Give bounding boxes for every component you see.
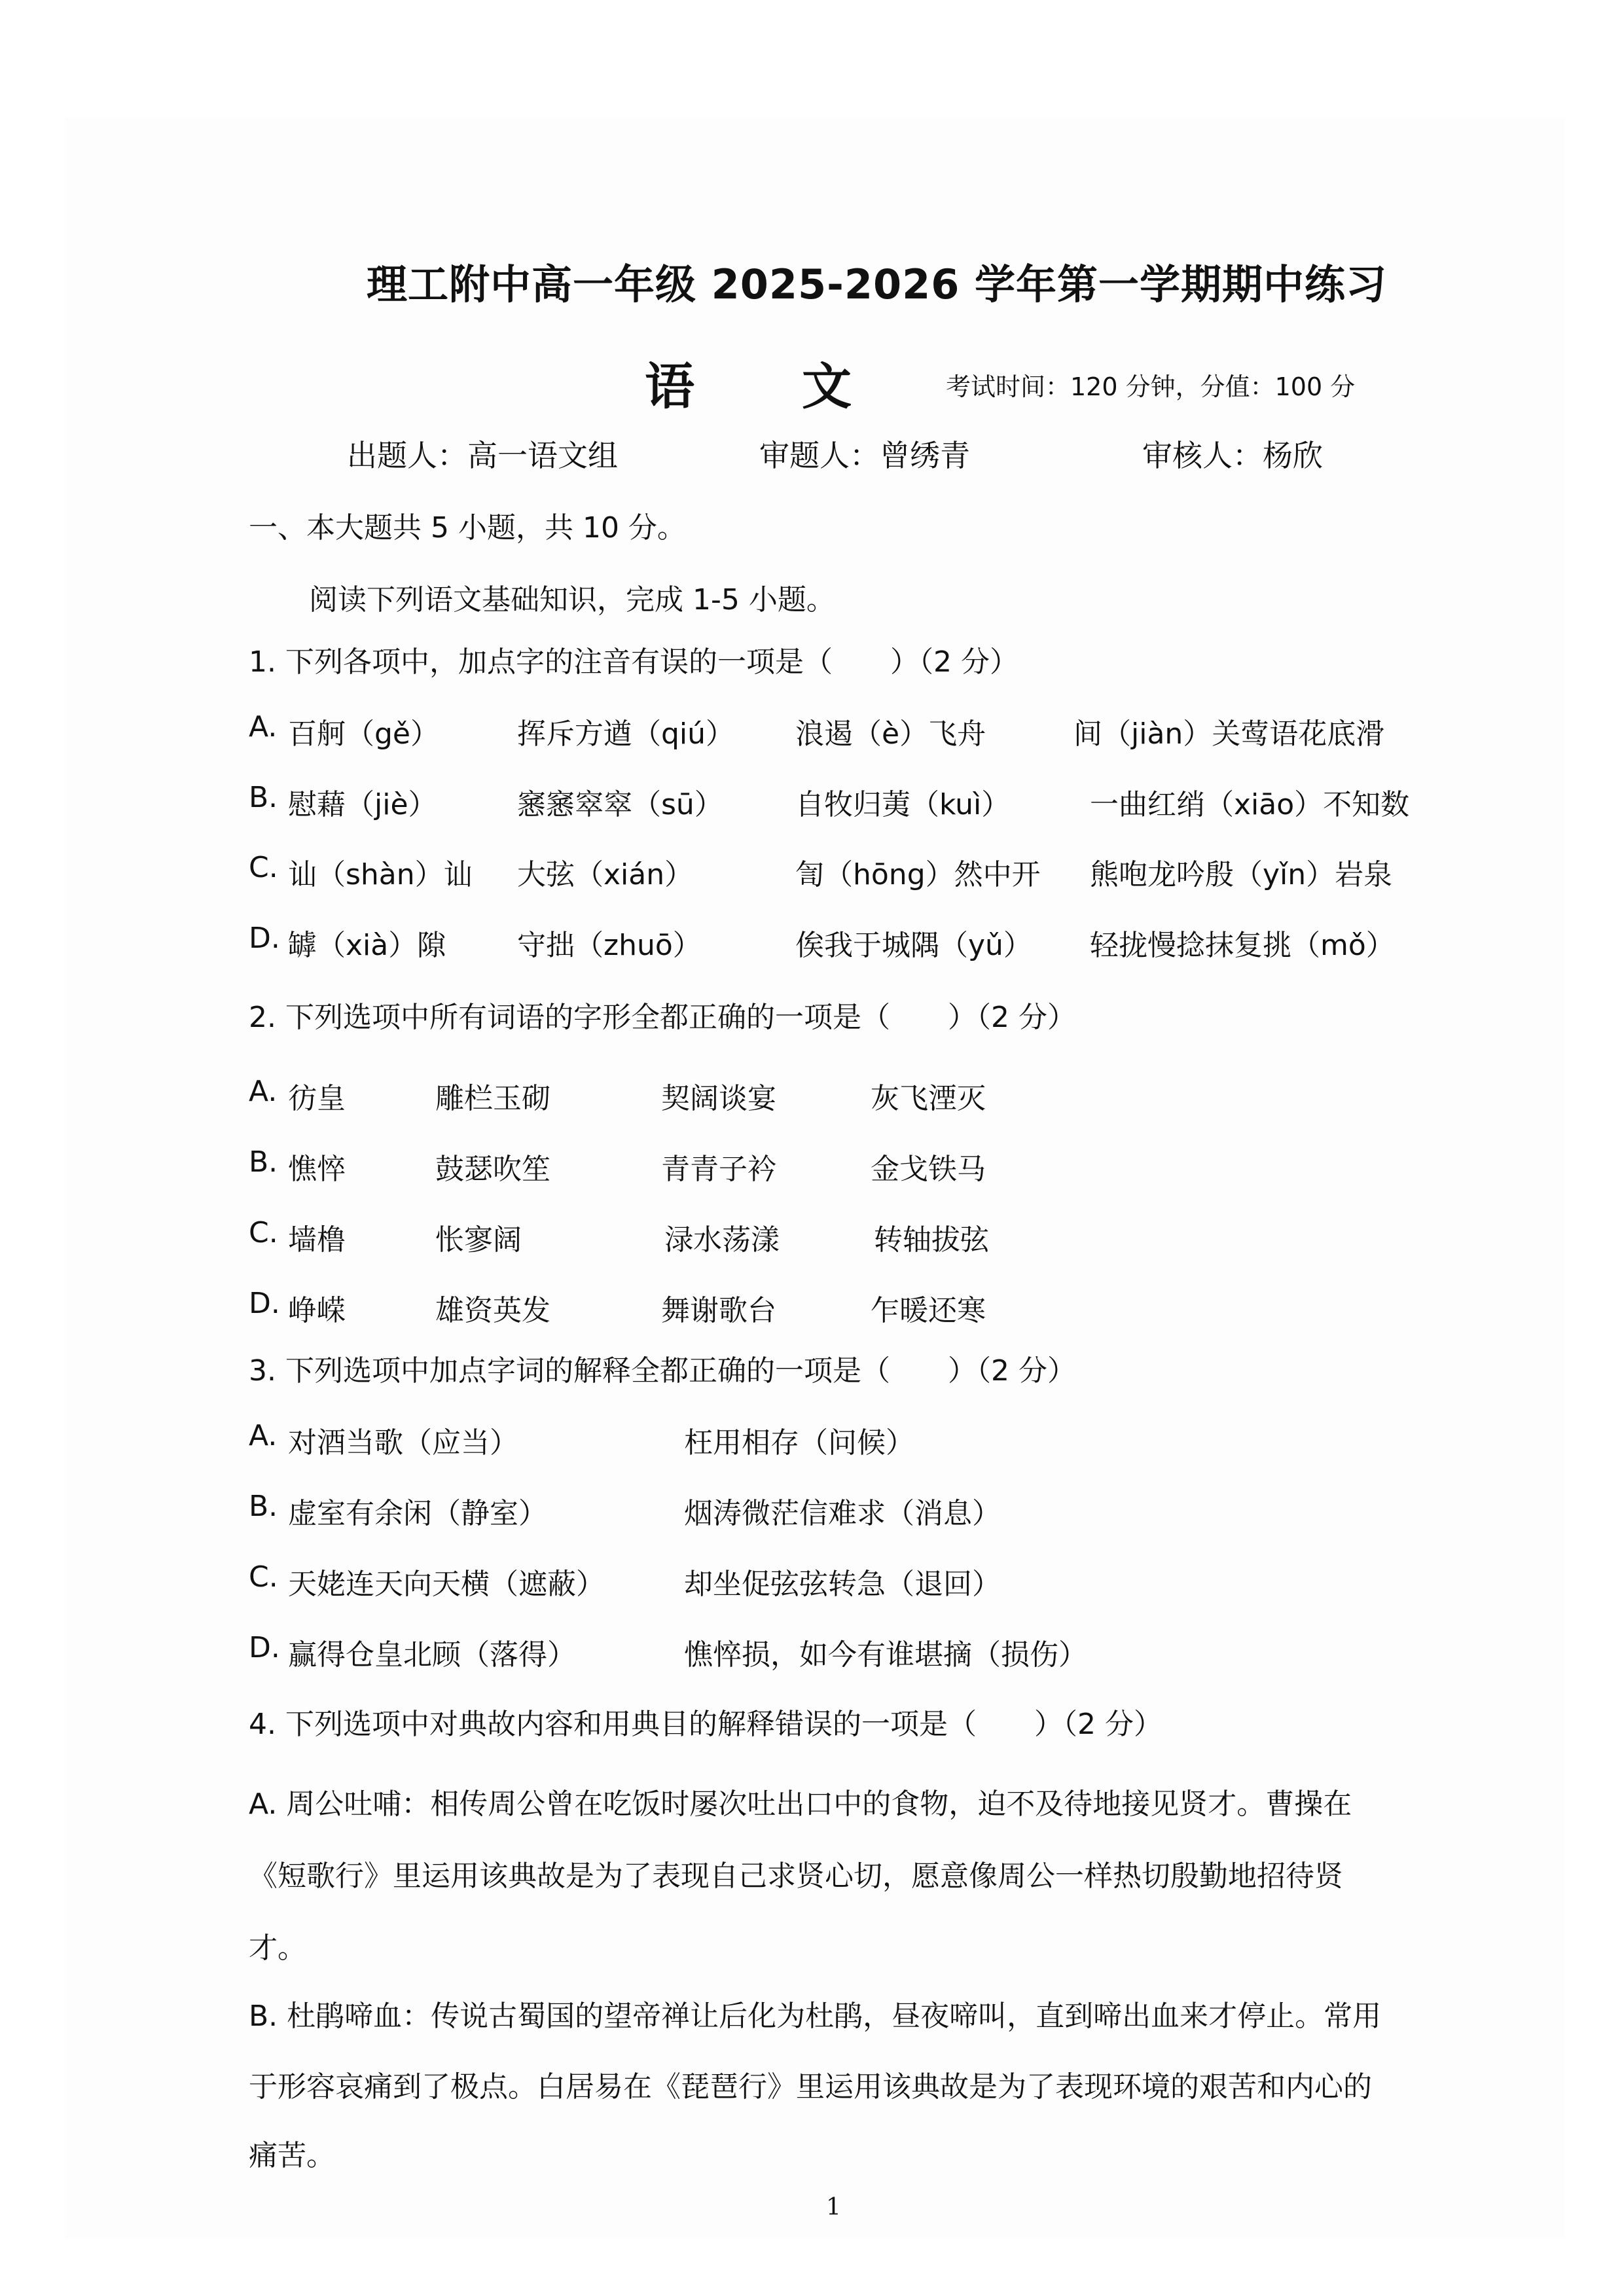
- q4-option-a-line: A. 周公吐哺：相传周公曾在吃饭时屡次吐出口中的食物，迫不及待地接见贤才。曹操在: [249, 1780, 1352, 1822]
- q1-option-d-label: D.: [249, 922, 280, 955]
- q3-option-c-item: 天姥连天向天横（遮蔽）: [288, 1560, 605, 1602]
- q1-option-a-item: 百舸（gě）: [288, 710, 439, 752]
- q3-option-a-item: 枉用相存（问候）: [684, 1419, 914, 1461]
- q1-option-a-item: 间（jiàn）关莺语花底滑: [1073, 710, 1384, 752]
- q2-option-a-item: 灰飞湮灭: [871, 1075, 986, 1117]
- q2-option-d-item: 舞谢歌台: [661, 1287, 776, 1329]
- q3-option-d-item: 憔悴损，如今有谁堪摘（损伤）: [684, 1631, 1087, 1673]
- q3-option-d-item: 赢得仓皇北顾（落得）: [288, 1631, 576, 1673]
- q1-option-c-item: 讪（shàn）讪: [288, 851, 473, 893]
- q3-option-b-item: 烟涛微茫信难求（消息）: [684, 1490, 1001, 1532]
- q2-option-b-item: 憔悴: [288, 1145, 346, 1187]
- q2-option-b-item: 青青子衿: [661, 1145, 776, 1187]
- q3-option-a-item: 对酒当歌（应当）: [288, 1419, 518, 1461]
- section-instructions: 阅读下列语文基础知识，完成 1-5 小题。: [309, 576, 835, 618]
- question-1-stem: 1. 下列各项中，加点字的注音有误的一项是（ ）（2 分）: [249, 638, 1018, 680]
- q1-option-c-label: C.: [249, 851, 278, 884]
- question-2-stem: 2. 下列选项中所有词语的字形全都正确的一项是（ ）（2 分）: [249, 994, 1076, 1035]
- q1-option-c-item: 訇（hōng）然中开: [795, 851, 1041, 893]
- q2-option-b-label: B.: [249, 1145, 278, 1179]
- page-number: 1: [826, 2194, 841, 2221]
- q3-option-c-label: C.: [249, 1560, 278, 1594]
- q2-option-c-item: 转轴拔弦: [874, 1216, 989, 1258]
- q2-option-c-label: C.: [249, 1216, 278, 1249]
- q4-option-b-line: 痛苦。: [249, 2132, 335, 2174]
- q1-option-b-item: 慰藉（jiè）: [288, 781, 437, 823]
- q1-option-a-item: 浪遏（è）飞舟: [795, 710, 986, 752]
- q2-option-c-item: 怅寥阔: [435, 1216, 522, 1258]
- q2-option-d-item: 乍暖还寒: [871, 1287, 986, 1329]
- subject-char-2: 文: [802, 347, 852, 418]
- exam-title: 理工附中高一年级 2025-2026 学年第一学期期中练习: [367, 252, 1387, 310]
- q1-option-d-item: 俟我于城隅（yǔ）: [795, 922, 1032, 963]
- q3-option-c-item: 却坐促弦弦转急（退回）: [684, 1560, 1001, 1602]
- q2-option-a-item: 契阔谈宴: [661, 1075, 776, 1117]
- q1-option-c-item: 大弦（xián）: [517, 851, 693, 893]
- subject-char-1: 语: [645, 347, 694, 418]
- q1-option-a-label: A.: [249, 710, 277, 744]
- q1-option-b-label: B.: [249, 781, 278, 814]
- q3-option-b-label: B.: [249, 1490, 278, 1523]
- question-3-stem: 3. 下列选项中加点字词的解释全都正确的一项是（ ）（2 分）: [249, 1347, 1076, 1389]
- section-heading: 一、本大题共 5 小题，共 10 分。: [249, 504, 686, 546]
- q1-option-a-item: 挥斥方遒（qiú）: [517, 710, 734, 752]
- q2-option-c-item: 墙橹: [288, 1216, 346, 1258]
- q2-option-b-item: 金戈铁马: [871, 1145, 986, 1187]
- question-approver: 审核人：杨欣: [1142, 432, 1323, 475]
- q1-option-d-item: 轻拢慢捻抹复挑（mǒ）: [1090, 922, 1395, 963]
- q2-option-d-label: D.: [249, 1287, 280, 1320]
- q4-option-b-line: B. 杜鹃啼血：传说古蜀国的望帝禅让后化为杜鹃，昼夜啼叫，直到啼出血来才停止。常…: [249, 1992, 1381, 2034]
- q4-option-a-line: 才。: [249, 1924, 306, 1966]
- question-4-stem: 4. 下列选项中对典故内容和用典目的解释错误的一项是（ ）（2 分）: [249, 1700, 1162, 1742]
- q3-option-a-label: A.: [249, 1419, 277, 1452]
- q1-option-b-item: 窸窸窣窣（sū）: [517, 781, 723, 823]
- q2-option-d-item: 雄资英发: [435, 1287, 550, 1329]
- exam-time-score: 考试时间：120 分钟，分值：100 分: [946, 367, 1355, 403]
- q2-option-c-item: 渌水荡漾: [664, 1216, 780, 1258]
- q3-option-d-label: D.: [249, 1631, 280, 1664]
- q4-option-a-line: 《短歌行》里运用该典故是为了表现自己求贤心切，愿意像周公一样热切殷勤地招待贤: [249, 1852, 1343, 1894]
- q1-option-c-item: 熊咆龙吟殷（yǐn）岩泉: [1090, 851, 1392, 893]
- q3-option-b-item: 虚室有余闲（静室）: [288, 1490, 547, 1532]
- q2-option-a-item: 雕栏玉砌: [435, 1075, 550, 1117]
- q1-option-d-item: 罅（xià）隙: [288, 922, 446, 963]
- q1-option-b-item: 一曲红绡（xiāo）不知数: [1090, 781, 1409, 823]
- q4-option-b-line: 于形容哀痛到了极点。白居易在《琵琶行》里运用该典故是为了表现环境的艰苦和内心的: [249, 2063, 1372, 2105]
- q1-option-d-item: 守拙（zhuō）: [517, 922, 702, 963]
- q2-option-a-label: A.: [249, 1075, 277, 1108]
- q2-option-b-item: 鼓瑟吹笙: [435, 1145, 550, 1187]
- q1-option-b-item: 自牧归荑（kuì）: [795, 781, 1010, 823]
- q2-option-a-item: 彷皇: [288, 1075, 346, 1117]
- question-reviewer: 审题人：曾绣青: [759, 432, 970, 475]
- question-setter: 出题人：高一语文组: [347, 432, 618, 475]
- q2-option-d-item: 峥嵘: [288, 1287, 346, 1329]
